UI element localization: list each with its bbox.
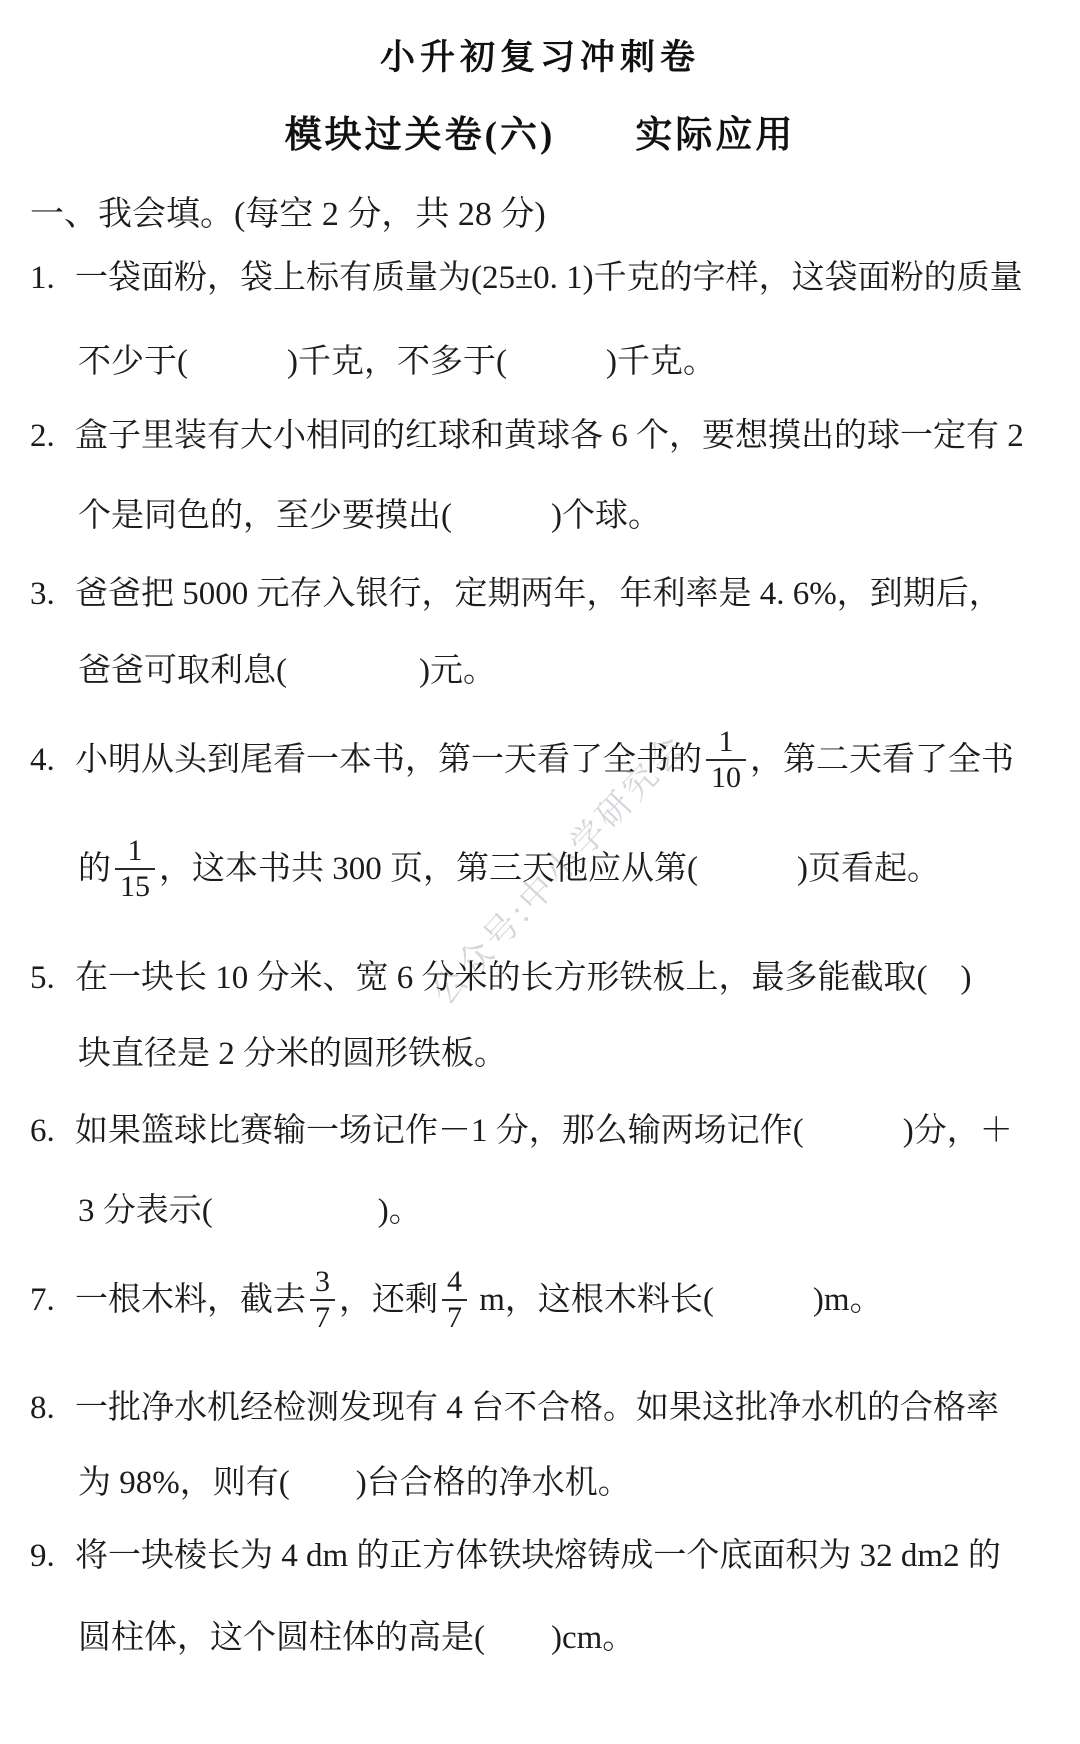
question-9-line-2: 圆柱体，这个圆柱体的高是( )cm。	[78, 1620, 635, 1656]
question-5-text: 在一块长 10 分米、宽 6 分米的长方形铁板上，最多能截取( )	[75, 960, 971, 996]
question-9-number: 9.	[30, 1538, 75, 1574]
question-4-line-1: 4.小明从头到尾看一本书，第一天看了全书的110，第二天看了全书	[30, 728, 1014, 797]
page-subtitle: 模块过关卷(六) 实际应用	[0, 104, 1080, 158]
fraction-1-15: 115	[115, 834, 155, 903]
question-5-number: 5.	[30, 960, 75, 996]
fraction-denominator: 7	[310, 1301, 335, 1335]
question-4-text-d: ，这本书共 300 页，第三天他应从第( )页看起。	[159, 851, 940, 887]
question-6-text: 如果篮球比赛输一场记作－1 分，那么输两场记作( )分，＋	[75, 1113, 1013, 1149]
question-3-line-1: 3.爸爸把 5000 元存入银行，定期两年，年利率是 4. 6%，到期后，	[30, 576, 1002, 612]
question-2-line-1: 2.盒子里装有大小相同的红球和黄球各 6 个，要想摸出的球一定有 2	[30, 418, 1024, 454]
question-6-line-1: 6.如果篮球比赛输一场记作－1 分，那么输两场记作( )分，＋	[30, 1113, 1013, 1149]
fraction-4-7: 47	[442, 1265, 467, 1334]
fraction-denominator: 7	[442, 1301, 467, 1335]
question-1-text: 一袋面粉，袋上标有质量为(25±0. 1)千克的字样，这袋面粉的质量	[75, 260, 1023, 296]
section-heading: 一、我会填。(每空 2 分，共 28 分)	[30, 186, 546, 235]
question-8-line-2: 为 98%，则有( )台合格的净水机。	[78, 1465, 631, 1501]
question-5-line-2: 块直径是 2 分米的圆形铁板。	[78, 1036, 507, 1072]
question-8-number: 8.	[30, 1390, 75, 1426]
question-3-text: 爸爸把 5000 元存入银行，定期两年，年利率是 4. 6%，到期后，	[75, 576, 1002, 612]
question-6-line-2: 3 分表示( )。	[78, 1193, 422, 1229]
page-title: 小升初复习冲刺卷	[0, 30, 1080, 80]
question-8-text: 一批净水机经检测发现有 4 台不合格。如果这批净水机的合格率	[75, 1390, 999, 1426]
question-3-number: 3.	[30, 576, 75, 612]
worksheet-page: 公众号:中小学研究会 小升初复习冲刺卷 模块过关卷(六) 实际应用 一、我会填。…	[0, 0, 1080, 1744]
question-6-number: 6.	[30, 1113, 75, 1149]
question-7-text-c: m，这根木料长( )m。	[471, 1282, 883, 1318]
question-4-number: 4.	[30, 742, 75, 778]
fraction-3-7: 37	[310, 1265, 335, 1334]
fraction-numerator: 4	[442, 1265, 467, 1301]
question-7-line-1: 7.一根木料，截去37，还剩47 m，这根木料长( )m。	[30, 1268, 883, 1337]
fraction-numerator: 1	[115, 834, 155, 870]
fraction-denominator: 10	[706, 761, 746, 795]
question-4-text-a: 小明从头到尾看一本书，第一天看了全书的	[75, 742, 702, 778]
question-2-text: 盒子里装有大小相同的红球和黄球各 6 个，要想摸出的球一定有 2	[75, 418, 1024, 454]
question-8-line-1: 8.一批净水机经检测发现有 4 台不合格。如果这批净水机的合格率	[30, 1390, 999, 1426]
fraction-numerator: 1	[706, 725, 746, 761]
fraction-numerator: 3	[310, 1265, 335, 1301]
question-7-number: 7.	[30, 1282, 75, 1318]
question-7-text-a: 一根木料，截去	[75, 1282, 306, 1318]
question-2-line-2: 个是同色的，至少要摸出( )个球。	[78, 498, 661, 534]
question-3-line-2: 爸爸可取利息( )元。	[78, 653, 496, 689]
question-9-line-1: 9.将一块棱长为 4 dm 的正方体铁块熔铸成一个底面积为 32 dm2 的	[30, 1538, 1001, 1574]
question-4-text-c: 的	[78, 851, 111, 887]
question-2-number: 2.	[30, 418, 75, 454]
question-5-line-1: 5.在一块长 10 分米、宽 6 分米的长方形铁板上，最多能截取( )	[30, 960, 971, 996]
question-1-number: 1.	[30, 260, 75, 296]
question-1-line-1: 1.一袋面粉，袋上标有质量为(25±0. 1)千克的字样，这袋面粉的质量	[30, 260, 1023, 296]
fraction-denominator: 15	[115, 870, 155, 904]
question-7-text-b: ，还剩	[339, 1282, 438, 1318]
question-4-line-2: 的115，这本书共 300 页，第三天他应从第( )页看起。	[78, 837, 940, 906]
fraction-1-10: 110	[706, 725, 746, 794]
question-1-line-2: 不少于( )千克，不多于( )千克。	[78, 344, 716, 380]
question-9-text: 将一块棱长为 4 dm 的正方体铁块熔铸成一个底面积为 32 dm2 的	[75, 1538, 1001, 1574]
question-4-text-b: ，第二天看了全书	[750, 742, 1014, 778]
